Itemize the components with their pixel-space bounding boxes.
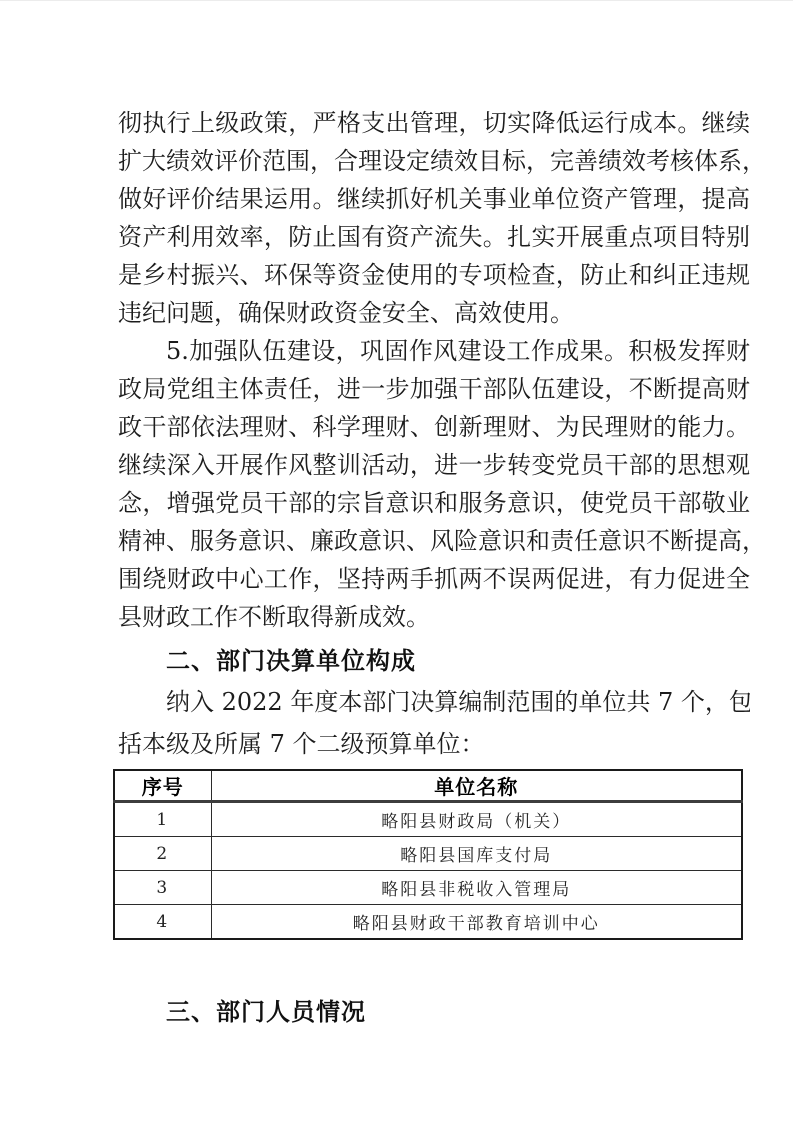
table-row: 3略阳县非税收入管理局	[114, 871, 742, 905]
text-line: 继续深入开展作风整训活动，进一步转变党员干部的思想观	[118, 446, 750, 484]
text-line: 彻执行上级政策，严格支出管理，切实降低运行成本。继续	[118, 104, 750, 142]
unit-name-cell: 略阳县国库支付局	[211, 837, 742, 871]
unit-list-table: 序号 单位名称 1略阳县财政局（机关）2略阳县国库支付局3略阳县非税收入管理局4…	[113, 769, 743, 940]
paragraph-unit-scope: 纳入 2022 年度本部门决算编制范围的单位共 7 个，包括本级及所属 7 个二…	[118, 681, 750, 765]
text-line: 做好评价结果运用。继续抓好机关事业单位资产管理，提高	[118, 180, 750, 218]
text-line: 纳入 2022 年度本部门决算编制范围的单位共 7 个，包	[118, 681, 750, 723]
table-row: 4略阳县财政干部教育培训中心	[114, 905, 742, 940]
paragraph-continuation: 彻执行上级政策，严格支出管理，切实降低运行成本。继续扩大绩效评价范围，合理设定绩…	[118, 104, 750, 332]
unit-name-cell: 略阳县财政局（机关）	[211, 802, 742, 837]
unit-name-cell: 略阳县财政干部教育培训中心	[211, 905, 742, 940]
text-line: 政局党组主体责任，进一步加强干部队伍建设，不断提高财	[118, 370, 750, 408]
text-line: 县财政工作不断取得新成效。	[118, 598, 750, 636]
table-row: 1略阳县财政局（机关）	[114, 802, 742, 837]
row-index-cell: 4	[114, 905, 211, 940]
column-header-index: 序号	[114, 770, 211, 802]
section-heading-unit-composition: 二、部门决算单位构成	[118, 641, 750, 681]
text-line: 念，增强党员干部的宗旨意识和服务意识，使党员干部敬业	[118, 484, 750, 522]
section-heading-personnel: 三、部门人员情况	[118, 992, 750, 1032]
row-index-cell: 1	[114, 802, 211, 837]
table-body: 1略阳县财政局（机关）2略阳县国库支付局3略阳县非税收入管理局4略阳县财政干部教…	[114, 802, 742, 940]
table-header-row: 序号 单位名称	[114, 770, 742, 802]
column-header-unit-name: 单位名称	[211, 770, 742, 802]
text-line: 5.加强队伍建设，巩固作风建设工作成果。积极发挥财	[118, 332, 750, 370]
row-index-cell: 2	[114, 837, 211, 871]
text-line: 资产利用效率，防止国有资产流失。扎实开展重点项目特别	[118, 218, 750, 256]
text-line: 违纪问题，确保财政资金安全、高效使用。	[118, 294, 750, 332]
text-line: 精神、服务意识、廉政意识、风险意识和责任意识不断提高，	[118, 522, 750, 560]
paragraph-item-5: 5.加强队伍建设，巩固作风建设工作成果。积极发挥财政局党组主体责任，进一步加强干…	[118, 332, 750, 636]
text-line: 围绕财政中心工作，坚持两手抓两不误两促进，有力促进全	[118, 560, 750, 598]
unit-name-cell: 略阳县非税收入管理局	[211, 871, 742, 905]
text-line: 扩大绩效评价范围，合理设定绩效目标，完善绩效考核体系，	[118, 142, 750, 180]
text-line: 政干部依法理财、科学理财、创新理财、为民理财的能力。	[118, 408, 750, 446]
row-index-cell: 3	[114, 871, 211, 905]
table-row: 2略阳县国库支付局	[114, 837, 742, 871]
document-page: 彻执行上级政策，严格支出管理，切实降低运行成本。继续扩大绩效评价范围，合理设定绩…	[0, 0, 793, 1123]
document-content: 彻执行上级政策，严格支出管理，切实降低运行成本。继续扩大绩效评价范围，合理设定绩…	[118, 104, 750, 1032]
text-line: 是乡村振兴、环保等资金使用的专项检查，防止和纠正违规	[118, 256, 750, 294]
text-line: 括本级及所属 7 个二级预算单位：	[118, 723, 750, 765]
